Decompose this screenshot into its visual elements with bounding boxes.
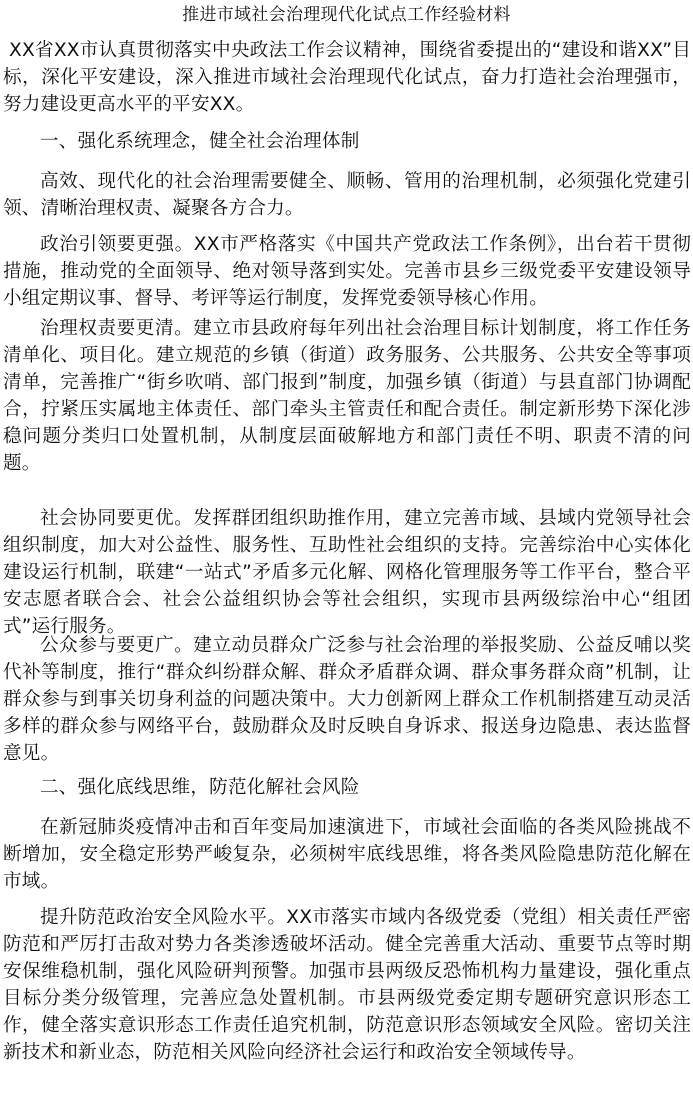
section-heading-2: 二、强化底线思维，防范化解社会风险 [3, 774, 691, 801]
body-paragraph: 政治引领要更强。XX市严格落实《中国共产党政法工作条例》，出台若干贯彻措施，推动… [3, 231, 691, 312]
body-paragraph: 公众参与要更广。建立动员群众广泛参与社会治理的举报奖励、公益反哺以奖代补等制度，… [3, 632, 691, 767]
document-title: 推进市域社会治理现代化试点工作经验材料 [0, 3, 693, 27]
body-paragraph: 提升防范政治安全风险水平。XX市落实市域内各级党委（党组）相关责任严密防范和严厉… [3, 904, 691, 1066]
body-paragraph: 在新冠肺炎疫情冲击和百年变局加速演进下，市域社会面临的各类风险挑战不断增加，安全… [3, 814, 691, 895]
intro-paragraph: XX省XX市认真贯彻落实中央政法工作会议精神，围绕省委提出的“建设和谐XX”目标… [3, 37, 691, 118]
body-paragraph: 社会协同要更优。发挥群团组织助推作用，建立完善市域、县域内党领导社会组织制度，加… [3, 505, 691, 640]
section-heading-1: 一、强化系统理念，健全社会治理体制 [3, 128, 691, 155]
body-paragraph: 治理权责要更清。建立市县政府每年列出社会治理目标计划制度，将工作任务清单化、项目… [3, 315, 691, 477]
body-paragraph: 高效、现代化的社会治理需要健全、顺畅、管用的治理机制，必须强化党建引领、清晰治理… [3, 168, 691, 222]
